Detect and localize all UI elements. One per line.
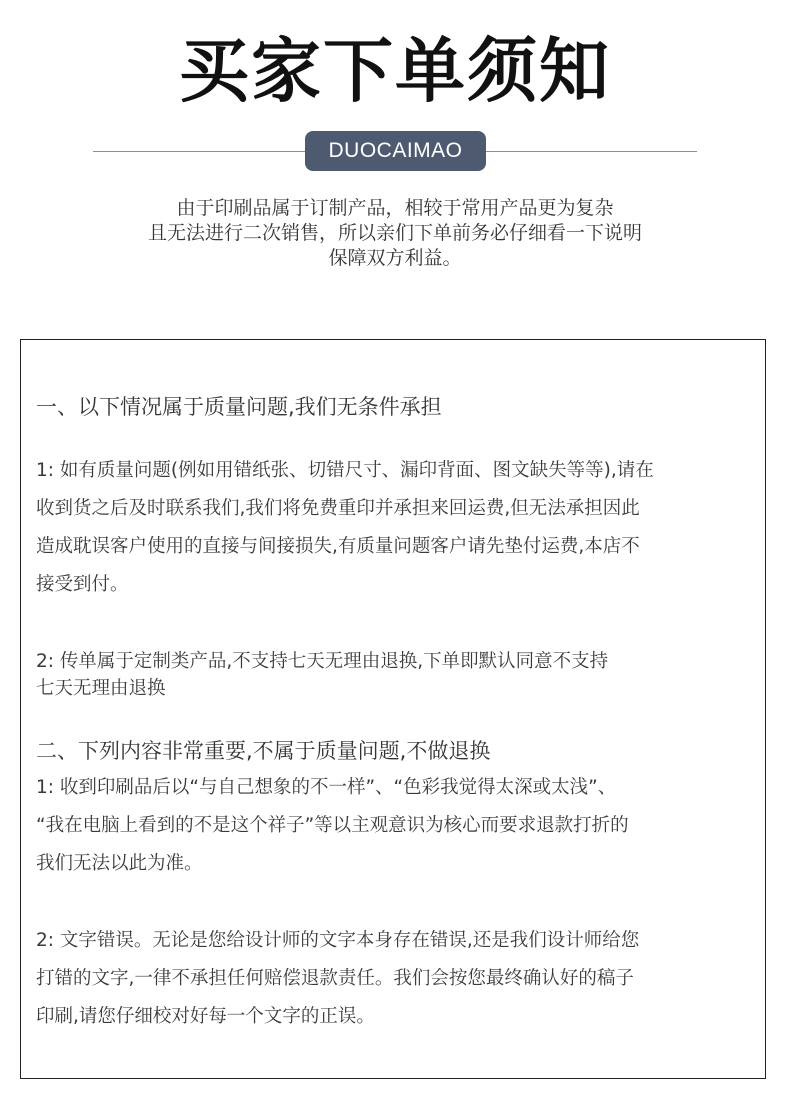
page-title: 买家下单须知 — [0, 26, 790, 116]
brand-badge: DUOCAIMAO — [305, 131, 486, 171]
intro-line: 保障双方利益。 — [0, 246, 790, 271]
section-2-item-2: 2: 文字错误。无论是您给设计师的文字本身存在错误,还是我们设计师给您 打错的文… — [36, 922, 766, 1036]
section-heading-1: 一、以下情况属于质量问题,我们无条件承担 — [36, 393, 442, 421]
paragraph-line: 印刷,请您仔细校对好每一个文字的正误。 — [36, 998, 766, 1036]
paragraph-line: “我在电脑上看到的不是这个祥子”等以主观意识为核心而要求退款打折的 — [36, 807, 766, 845]
section-2-item-1: 1: 收到印刷品后以“与自己想象的不一样”、“色彩我觉得太深或太浅”、 “我在电… — [36, 769, 766, 883]
paragraph-line: 1: 收到印刷品后以“与自己想象的不一样”、“色彩我觉得太深或太浅”、 — [36, 769, 766, 807]
intro-line: 且无法进行二次销售，所以亲们下单前务必仔细看一下说明 — [0, 221, 790, 246]
paragraph-line: 2: 文字错误。无论是您给设计师的文字本身存在错误,还是我们设计师给您 — [36, 922, 766, 960]
intro-line: 由于印刷品属于订制产品，相较于常用产品更为复杂 — [0, 196, 790, 221]
section-heading-2: 二、下列内容非常重要,不属于质量问题,不做退换 — [36, 737, 490, 765]
paragraph-line: 接受到付。 — [36, 566, 766, 604]
paragraph-line: 我们无法以此为准。 — [36, 845, 766, 883]
paragraph-line: 打错的文字,一律不承担任何赔偿退款责任。我们会按您最终确认好的稿子 — [36, 960, 766, 998]
divider-left — [93, 151, 305, 152]
section-1-item-2: 2: 传单属于定制类产品,不支持七天无理由退换,下单即默认同意不支持 七天无理由… — [36, 648, 766, 702]
paragraph-line: 2: 传单属于定制类产品,不支持七天无理由退换,下单即默认同意不支持 — [36, 648, 766, 675]
paragraph-line: 造成耽误客户使用的直接与间接损失,有质量问题客户请先垫付运费,本店不 — [36, 528, 766, 566]
paragraph-line: 1: 如有质量问题(例如用错纸张、切错尺寸、漏印背面、图文缺失等等),请在 — [36, 452, 766, 490]
section-1-item-1: 1: 如有质量问题(例如用错纸张、切错尺寸、漏印背面、图文缺失等等),请在 收到… — [36, 452, 766, 604]
paragraph-line: 七天无理由退换 — [36, 675, 766, 702]
divider-right — [486, 151, 697, 152]
paragraph-line: 收到货之后及时联系我们,我们将免费重印并承担来回运费,但无法承担因此 — [36, 490, 766, 528]
intro-text: 由于印刷品属于订制产品，相较于常用产品更为复杂 且无法进行二次销售，所以亲们下单… — [0, 196, 790, 271]
